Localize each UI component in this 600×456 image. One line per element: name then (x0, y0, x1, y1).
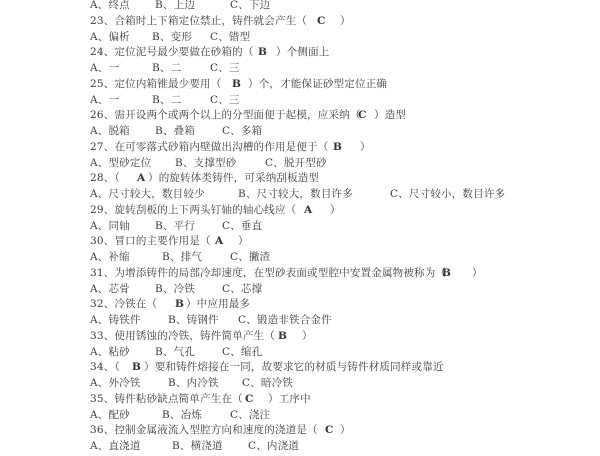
question-close: ） (340, 422, 351, 438)
answer-letter: A (304, 202, 312, 218)
answer-letter: B (442, 265, 451, 281)
question-stem: 25、定位内箱锥最少要用（ (90, 78, 221, 90)
option-c: C、错型 (210, 29, 250, 45)
question-close: ）中应用最多 (186, 296, 250, 312)
option-a: A、粘砂 (90, 344, 130, 360)
option-b: B、冷铁 (155, 281, 195, 297)
question-close: ） (238, 233, 249, 249)
option-a: A、一 (90, 60, 119, 76)
question-close: ）个侧面上 (276, 44, 330, 60)
option-c: C、浇注 (230, 407, 270, 423)
question-close: ）工序中 (268, 391, 311, 407)
answer-letter: B (333, 139, 342, 155)
question-line: 27、在可零落式砂箱内壁做出沟槽的作用是便于（B） (90, 139, 328, 155)
option-b: B、二 (152, 92, 181, 108)
question-line: 29、旋转刮板的上下两头钉轴的轴心线应（A） (90, 202, 296, 218)
option-c: C、尺寸较小，数目许多 (390, 186, 505, 202)
question-close: ）个，才能保证砂型定位正确 (248, 76, 387, 92)
question-line: 36、控制金属液流入型腔方向和速度的浇道是（C） (90, 422, 318, 438)
option-c: C、下边 (230, 0, 270, 13)
question-line: 25、定位内箱锥最少要用（B）个，才能保证砂型定位正确 (90, 76, 221, 92)
answer-letter: B (278, 328, 287, 344)
question-close: ） (360, 139, 371, 155)
option-b: B、冶炼 (162, 407, 202, 423)
answer-letter: C (317, 13, 326, 29)
option-c: C、锻造非铁合金件 (238, 312, 332, 328)
question-stem: 30、冒口的主要作用是（ (90, 235, 211, 247)
question-close: ） (472, 265, 483, 281)
option-a: A、补缩 (90, 249, 130, 265)
option-a: A、一 (90, 92, 119, 108)
question-close: ） (302, 328, 313, 344)
option-b: B、内冷铁 (168, 375, 219, 391)
option-b: B、排气 (162, 249, 202, 265)
option-c: C、多箱 (222, 123, 262, 139)
option-c: C、内浇道 (248, 438, 299, 454)
question-line: 24、定位泥号最少要做在砂箱的（B）个侧面上 (90, 44, 254, 60)
question-stem: 34、（ (90, 361, 120, 373)
question-line: 23、合箱时上下箱定位禁止，铸件就会产生（C） (90, 13, 307, 29)
question-close: ）的旋转体类铸件，可采纳刮板造型 (148, 170, 319, 186)
question-close: ） (330, 202, 341, 218)
option-c: C、三 (210, 60, 240, 76)
option-c: C、暗冷铁 (242, 375, 293, 391)
question-line: 34、（B）要和铸件熔接在一同，故要求它的材质与铸件材质同样或靠近 (90, 359, 120, 375)
option-b: B、铸钢件 (168, 312, 219, 328)
option-c: C、撇渣 (230, 249, 270, 265)
option-b: B、支撑型砂 (175, 155, 236, 171)
answer-letter: B (232, 76, 241, 92)
option-c: C、垂直 (222, 218, 262, 234)
answer-letter: B (258, 44, 267, 60)
question-stem: 27、在可零落式砂箱内壁做出沟槽的作用是便于（ (90, 141, 328, 153)
option-b: B、横浇道 (172, 438, 223, 454)
question-stem: 33、使用锈蚀的冷铁，铸件简单产生（ (90, 330, 275, 342)
answer-letter: B (132, 359, 141, 375)
option-a: A、终点 (90, 0, 130, 13)
question-stem: 23、合箱时上下箱定位禁止，铸件就会产生（ (90, 15, 307, 27)
option-b: B、变形 (152, 29, 192, 45)
option-a: A、配砂 (90, 407, 130, 423)
option-a: A、偏析 (90, 29, 130, 45)
option-a: A、外冷铁 (90, 375, 141, 391)
option-c: C、芯撑 (222, 281, 262, 297)
question-stem: 24、定位泥号最少要做在砂箱的（ (90, 46, 254, 58)
answer-letter: A (137, 170, 145, 186)
question-stem: 31、为增添铸件的局部冷却速度，在型砂表面或型腔中安置金属物被称为（ (90, 267, 446, 279)
answer-letter: A (215, 233, 223, 249)
option-c: C、缩孔 (222, 344, 262, 360)
option-a: A、直浇道 (90, 438, 141, 454)
option-b: B、平行 (155, 218, 195, 234)
option-a: A、芯骨 (90, 281, 130, 297)
question-line: 30、冒口的主要作用是（A） (90, 233, 211, 249)
answer-letter: C (325, 422, 334, 438)
option-b: B、二 (152, 60, 181, 76)
question-stem: 26、需开设两个或两个以上的分型面便于起模，应采纳（ (90, 109, 361, 121)
answer-letter: C (245, 391, 254, 407)
question-close: ）要和铸件熔接在一同，故要求它的材质与铸件材质同样或靠近 (144, 359, 444, 375)
question-line: 32、冷铁在（B）中应用最多 (90, 296, 157, 312)
option-a: A、铸铁件 (90, 312, 141, 328)
question-stem: 35、铸件粘砂缺点简单产生在（ (90, 393, 243, 405)
answer-letter: B (175, 296, 184, 312)
option-a: A、型砂定位 (90, 155, 151, 171)
question-stem: 29、旋转刮板的上下两头钉轴的轴心线应（ (90, 204, 296, 216)
question-stem: 36、控制金属液流入型腔方向和速度的浇道是（ (90, 424, 318, 436)
question-stem: 28、（ (90, 172, 120, 184)
option-c: C、脱开型砂 (265, 155, 327, 171)
option-b: B、叠箱 (155, 123, 195, 139)
question-close: ）造型 (374, 107, 406, 123)
question-stem: 32、冷铁在（ (90, 298, 157, 310)
question-close: ） (340, 13, 351, 29)
question-line: 26、需开设两个或两个以上的分型面便于起模，应采纳（C）造型 (90, 107, 361, 123)
option-b: B、尺寸较大，数目许多 (238, 186, 353, 202)
answer-letter: C (358, 107, 367, 123)
question-line: 33、使用锈蚀的冷铁，铸件简单产生（B） (90, 328, 275, 344)
option-b: B、气孔 (155, 344, 195, 360)
option-c: C、三 (210, 92, 240, 108)
question-line: 28、（A）的旋转体类铸件，可采纳刮板造型 (90, 170, 120, 186)
question-line: 35、铸件粘砂缺点简单产生在（C）工序中 (90, 391, 243, 407)
option-a: A、尺寸较大，数目较少 (90, 186, 205, 202)
document-page: A、终点B、上边C、下边23、合箱时上下箱定位禁止，铸件就会产生（C）A、偏析B… (0, 0, 600, 456)
option-a: A、同轴 (90, 218, 130, 234)
option-a: A、脱箱 (90, 123, 130, 139)
option-b: B、上边 (155, 0, 195, 13)
question-line: 31、为增添铸件的局部冷却速度，在型砂表面或型腔中安置金属物被称为（B） (90, 265, 446, 281)
